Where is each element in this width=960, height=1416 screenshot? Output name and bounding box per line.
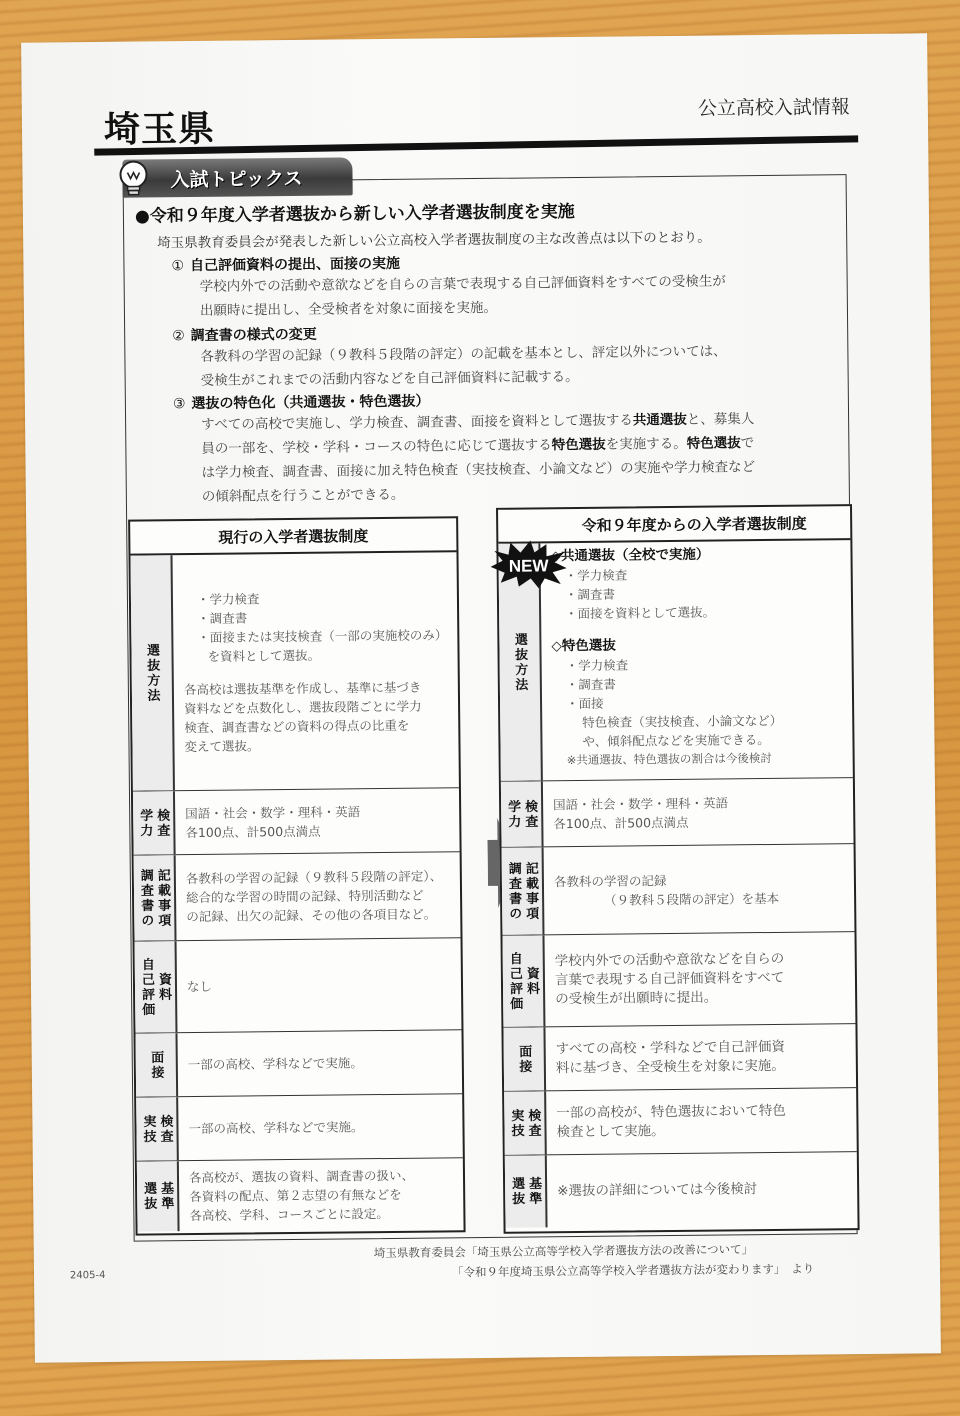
prefecture-title: 埼玉県 <box>104 101 216 153</box>
row-interview: 面接 一部の高校、学科などで実施。 <box>135 1030 462 1097</box>
row-body: 学校内外での活動や意欲などを自らの 言葉で表現する自己評価資料をすべて の受検生… <box>544 932 855 1026</box>
text-line: 一部の高校、学科などで実施。 <box>188 1052 452 1074</box>
emphasis-common-selection: 共通選抜 <box>633 412 687 429</box>
source-citation: 埼玉県教育委員会「埼玉県公立高等学校入学者選抜方法の改善について」 「令和９年度… <box>374 1239 815 1284</box>
text-line: なし <box>187 974 451 996</box>
row-body: ※選抜の詳細については今後検討 <box>547 1152 858 1227</box>
point-title-text: 選抜の特色化（共通選抜・特色選抜） <box>191 394 429 412</box>
label-text: 学力 <box>504 799 521 829</box>
note-text: ※共通選抜、特色選抜の割合は今後検討 <box>553 748 843 770</box>
text-line: 一部の高校、学科などで実施。 <box>188 1116 452 1138</box>
label-text: 選抜方法 <box>511 632 529 692</box>
row-academic-exam: 学力検査 国語・社会・数学・理科・英語 各100点、計500点満点 <box>133 788 460 855</box>
row-body: なし <box>177 938 462 1032</box>
current-system-table: 現行の入学者選抜制度 選抜方法 ・学力検査 ・調査書 ・面接または実技検査（一部… <box>128 516 465 1235</box>
label-text: 資料 <box>155 972 172 1002</box>
row-body: 一部の高校、学科などで実施。 <box>178 1094 463 1160</box>
text: 員の一部を、学校・学科・コースの特色に応じて選抜する <box>201 437 551 457</box>
topics-tab-label: 入試トピックス <box>170 163 302 191</box>
point-title-text: 調査書の様式の変更 <box>191 327 317 344</box>
text-line: の記録、出欠の記録、その他の各項目など。 <box>186 904 450 926</box>
new-badge-icon: NEW <box>488 540 569 593</box>
text: と、募集人 <box>687 411 755 428</box>
row-label: 実技検査 <box>504 1091 547 1154</box>
current-system-title: 現行の入学者選抜制度 <box>130 518 456 555</box>
point-title-text: 自己評価資料の提出、面接の実施 <box>190 256 400 274</box>
row-academic-exam: 学力検査 国語・社会・数学・理科・英語 各100点、計500点満点 <box>501 778 854 848</box>
row-body: すべての高校・学科などで自己評価資 料に基づき、全受検生を対象に実施。 <box>545 1024 856 1090</box>
row-label: 学力検査 <box>501 781 544 846</box>
row-practical-exam: 実技検査 一部の高校が、特色選抜において特色 検査として実施。 <box>504 1088 857 1156</box>
row-body: 各高校が、選抜の資料、調査書の扱い、 各資料の配点、第２志望の有無などを 各高校… <box>179 1158 464 1231</box>
row-label: 実技検査 <box>136 1097 179 1160</box>
row-interview: 面接 すべての高校・学科などで自己評価資 料に基づき、全受検生を対象に実施。 <box>503 1024 856 1092</box>
label-text: 面接 <box>515 1044 532 1074</box>
text-line: 各高校、学科、コースごとに設定。 <box>189 1203 453 1225</box>
label-text: 選抜 <box>140 1181 157 1211</box>
label-text: 記載事項 <box>154 868 172 928</box>
row-body: 一部の高校が、特色選抜において特色 検査として実施。 <box>546 1088 857 1154</box>
text-line: 変えて選抜。 <box>184 734 448 756</box>
row-practical-exam: 実技検査 一部の高校、学科などで実施。 <box>136 1094 463 1161</box>
label-text: 実技 <box>507 1108 524 1138</box>
document-page: 埼玉県 公立高校入試情報 入試トピックス ●令和９年度入学者選抜から新しい入学者… <box>21 33 941 1362</box>
text: すべての高校で実施し、学力検査、調査書、面接を資料として選抜する <box>201 412 633 433</box>
row-label: 自己評価資料 <box>502 935 545 1026</box>
label-text: 検査 <box>521 799 538 829</box>
text-line: の受検生が出願時に提出。 <box>555 987 845 1009</box>
row-selection-criteria: 選抜基準 ※選抜の詳細については今後検討 <box>505 1152 858 1228</box>
new-system-title: 令和９年度からの入学者選抜制度 <box>498 506 850 544</box>
row-label: 選抜基準 <box>505 1155 548 1227</box>
label-text: 自己評価 <box>138 957 156 1017</box>
row-report-items: 調査書の記載事項 各教科の学習の記録 （９教科５段階の評定）を基本 <box>502 844 855 936</box>
label-text: 基準 <box>525 1176 542 1206</box>
text-line: 各100点、計500点満点 <box>553 811 843 833</box>
point-2: ②調査書の様式の変更 各教科の学習の記録（９教科５段階の評定）の記載を基本とし、… <box>172 318 833 393</box>
text: を実施する。 <box>606 436 687 453</box>
point-body: 各教科の学習の記録（９教科５段階の評定）の記載を基本とし、評定以外については、 … <box>200 338 832 393</box>
row-body: ◇共通選抜（全校で実施） ・学力検査 ・調査書 ・面接を資料として選抜。 ◇特色… <box>540 540 852 780</box>
point-number: ② <box>172 328 185 344</box>
row-selection-criteria: 選抜基準 各高校が、選抜の資料、調査書の扱い、 各資料の配点、第２志望の有無など… <box>137 1158 464 1231</box>
point-body: 学校内外での活動や意欲などを自らの言葉で表現する自己評価資料をすべての受検生が … <box>200 268 832 323</box>
point-1: ①自己評価資料の提出、面接の実施 学校内外での活動や意欲などを自らの言葉で表現す… <box>171 248 832 323</box>
row-body: 一部の高校、学科などで実施。 <box>177 1030 462 1096</box>
text-line: 料に基づき、全受検生を対象に実施。 <box>556 1056 846 1078</box>
label-text: 記載事項 <box>522 861 540 921</box>
label-text: 選抜方法 <box>143 643 161 703</box>
text-line: 検査として実施。 <box>556 1120 846 1142</box>
row-report-items: 調査書の記載事項 各教科の学習の記録（９教科５段階の評定）、 総合的な学習の時間… <box>134 852 461 941</box>
section-title: 公立高校入試情報 <box>698 92 850 121</box>
row-selection-method: 選抜方法 ・学力検査 ・調査書 ・面接または実技検査（一部の実施校のみ） を資料… <box>130 552 458 791</box>
point-3: ③選抜の特色化（共通選抜・特色選抜） すべての高校で実施し、学力検査、調査書、面… <box>173 386 834 509</box>
label-text: 学力 <box>136 808 153 838</box>
row-label: 調査書の記載事項 <box>134 855 177 940</box>
text: で <box>741 435 755 451</box>
page-code: 2405-4 <box>70 1270 106 1281</box>
row-label: 選抜基準 <box>137 1161 180 1231</box>
row-label: 学力検査 <box>133 791 176 854</box>
topics-tab: 入試トピックス <box>122 157 352 197</box>
row-label: 自己評価資料 <box>135 941 178 1032</box>
row-body: 国語・社会・数学・理科・英語 各100点、計500点満点 <box>543 778 854 846</box>
row-self-evaluation: 自己評価資料 なし <box>135 938 462 1033</box>
row-label: 選抜方法 <box>130 555 174 790</box>
topic-headline: ●令和９年度入学者選抜から新しい入学者選抜制度を実施 <box>135 197 575 227</box>
label-text: 検査 <box>153 808 170 838</box>
row-body: 国語・社会・数学・理科・英語 各100点、計500点満点 <box>175 788 460 854</box>
point-number: ① <box>171 258 184 274</box>
row-label: 面接 <box>503 1027 546 1090</box>
point-body: すべての高校で実施し、学力検査、調査書、面接を資料として選抜する共通選抜と、募集… <box>201 406 834 509</box>
label-text: 自己評価 <box>506 951 524 1011</box>
row-body: 各教科の学習の記録（９教科５段階の評定）、 総合的な学習の時間の記録、特別活動な… <box>176 852 461 940</box>
label-text: 基準 <box>157 1181 174 1211</box>
label-text: 面接 <box>147 1050 164 1080</box>
text-line: 各100点、計500点満点 <box>185 820 449 842</box>
new-system-table: 令和９年度からの入学者選抜制度 選抜方法 ◇共通選抜（全校で実施） ・学力検査 … <box>496 504 860 1234</box>
row-body: ・学力検査 ・調査書 ・面接または実技検査（一部の実施校のみ） を資料として選抜… <box>172 552 458 790</box>
row-body: 各教科の学習の記録 （９教科５段階の評定）を基本 <box>544 844 855 934</box>
text-line: （９教科５段階の評定）を基本 <box>554 888 844 910</box>
label-text: 調査書の <box>505 861 523 921</box>
label-text: 実技 <box>139 1114 156 1144</box>
label-text: 検査 <box>156 1114 173 1144</box>
new-badge-label: NEW <box>509 556 550 575</box>
label-text: 検査 <box>524 1108 541 1138</box>
row-label: 調査書の記載事項 <box>502 847 545 934</box>
text-line: ※選抜の詳細については今後検討 <box>557 1179 847 1201</box>
label-text: 選抜 <box>508 1177 525 1207</box>
label-text: 資料 <box>523 966 540 996</box>
row-self-evaluation: 自己評価資料 学校内外での活動や意欲などを自らの 言葉で表現する自己評価資料をす… <box>502 932 855 1028</box>
emphasis-special-selection: 特色選抜 <box>552 437 606 454</box>
row-label: 面接 <box>135 1033 178 1096</box>
point-number: ③ <box>173 396 186 412</box>
lightbulb-icon <box>114 159 152 197</box>
label-text: 調査書の <box>137 868 155 928</box>
emphasis-special-selection: 特色選抜 <box>687 435 741 452</box>
